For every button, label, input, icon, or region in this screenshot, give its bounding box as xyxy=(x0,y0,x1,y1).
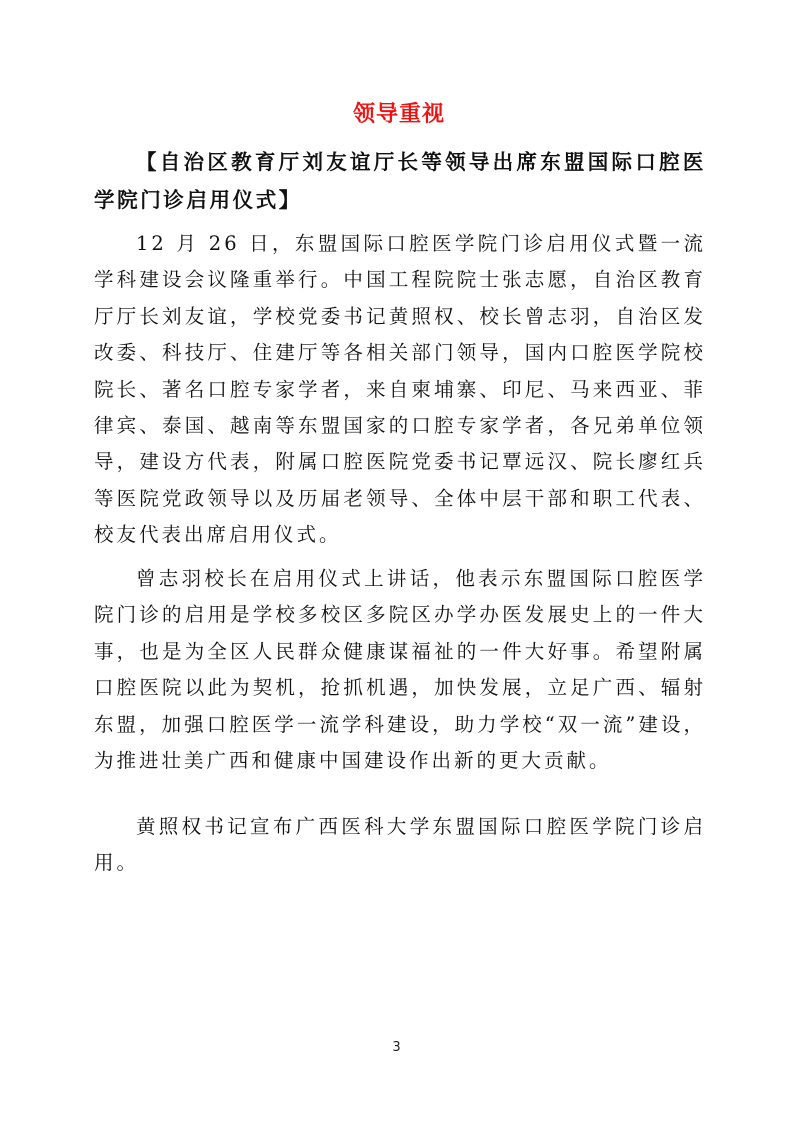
paragraph-ceremony-attendees: 12 月 26 日，东盟国际口腔医学院门诊启用仪式暨一流学科建设会议隆重举行。中… xyxy=(94,226,706,554)
news-headline: 【自治区教育厅刘友谊厅长等领导出席东盟国际口腔医学院门诊启用仪式】 xyxy=(94,143,706,219)
paragraph-opening-announcement: 黄照权书记宣布广西医科大学东盟国际口腔医学院门诊启用。 xyxy=(94,809,706,882)
page-number: 3 xyxy=(0,1040,793,1055)
paragraph-president-speech: 曾志羽校长在启用仪式上讲话，他表示东盟国际口腔医学院门诊的启用是学校多校区多院区… xyxy=(94,561,706,779)
section-title: 领导重视 xyxy=(94,98,704,132)
